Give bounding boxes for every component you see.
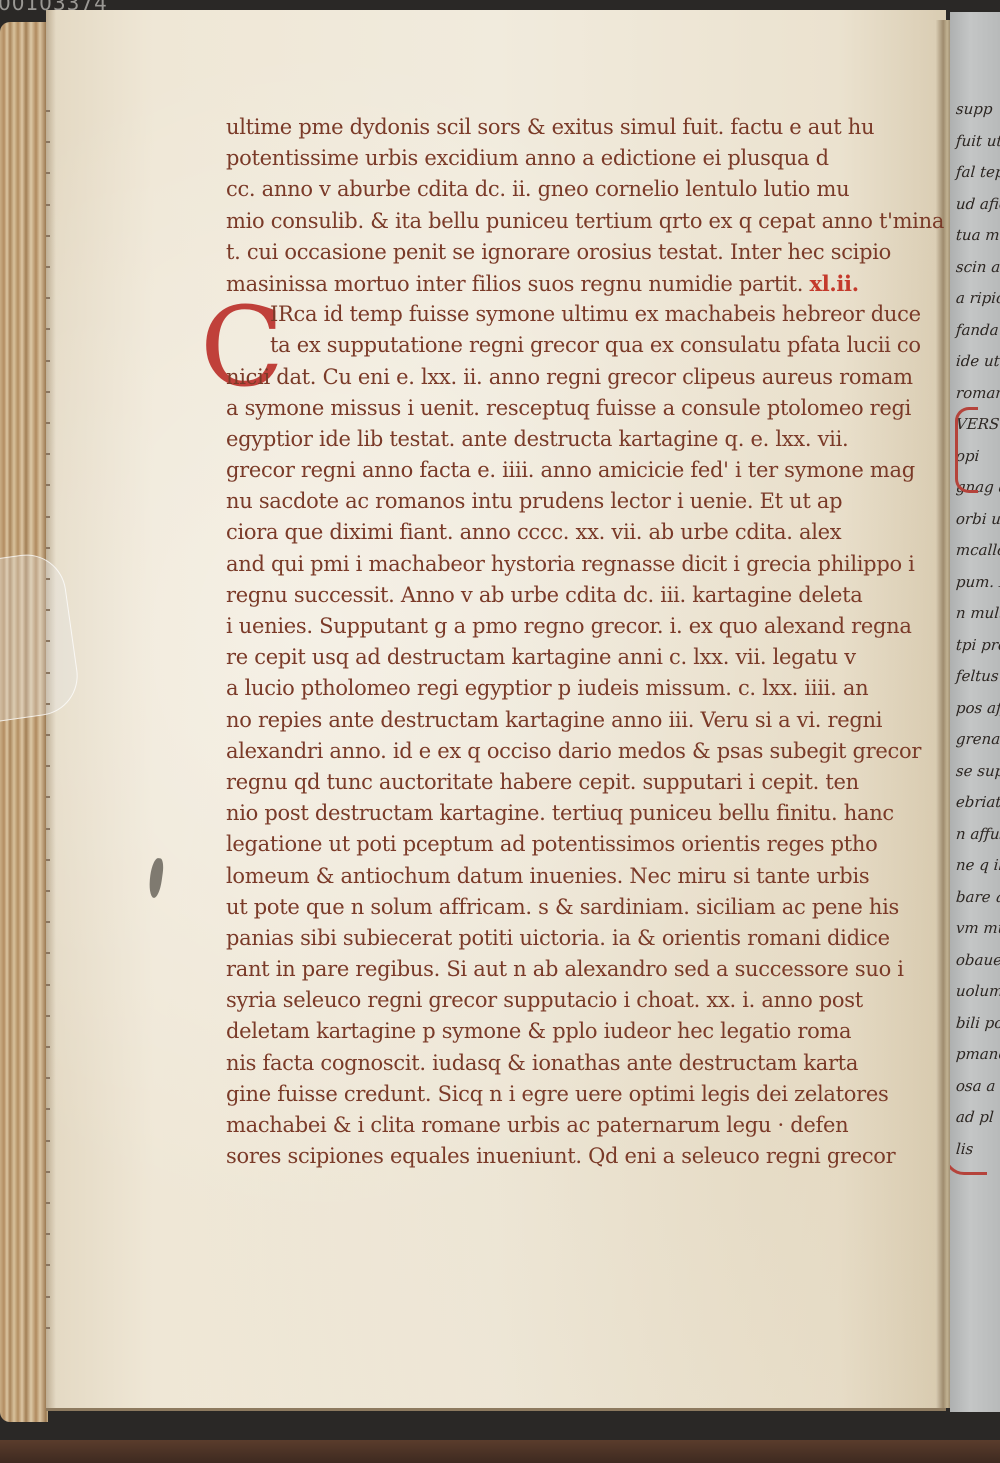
text-line: grecor regni anno facta e. iiii. anno am… [226,455,916,486]
facing-text-fragment: pum. Ian [955,573,1000,591]
pricking-mark [46,235,50,237]
facing-text-fragment: obaues [955,951,1000,969]
chapter-number: xl.ii. [809,271,858,296]
pricking-mark [46,921,50,923]
pricking-mark [46,890,50,892]
facing-text-fragment: scin a [955,258,1000,276]
facing-text-fragment: romanos [955,384,1000,402]
page-edges-stack [0,22,48,1422]
facing-text-fragment: ud afie [955,195,1000,213]
facing-text-fragment: fanda [955,321,999,339]
pricking-mark [46,516,50,518]
text-line: re cepit usq ad destructam kartagine ann… [226,642,916,673]
text-line: ciora que diximi fiant. anno cccc. xx. v… [226,517,916,548]
pricking-mark [46,1140,50,1142]
text-line: panias sibi subiecerat potiti uictoria. … [226,923,916,954]
pricking-mark [46,391,50,393]
pricking-mark [46,141,50,143]
pricking-mark [46,1046,50,1048]
text-line: ut pote que n solum affricam. s & sardin… [226,892,916,923]
pricking-mark [46,328,50,330]
text-line: machabei & i clita romane urbis ac pater… [226,1110,916,1141]
text-line: i uenies. Supputant g a pmo regno grecor… [226,611,916,642]
text-line: potentissime urbis excidium anno a edict… [226,143,916,174]
text-line: nis facta cognoscit. iudasq & ionathas a… [226,1048,916,1079]
text-line: mio consulib. & ita bellu puniceu tertiu… [226,206,916,237]
facing-text-fragment: ide ut fi [955,352,1000,370]
pricking-mark [46,204,50,206]
text-line: IRca id temp fuisse symone ultimu ex mac… [226,299,916,330]
pricking-mark [46,1233,50,1235]
text-line: a lucio ptholomeo regi egyptior p iudeis… [226,673,916,704]
text-line: ta ex supputatione regni grecor qua ex c… [226,330,916,361]
pricking-mark [46,578,50,580]
facing-text-fragment: bili pone [955,1014,1000,1032]
pricking-mark [46,1171,50,1173]
pricking-mark [46,672,50,674]
pricking-mark [46,703,50,705]
pricking-mark [46,859,50,861]
facing-text-fragment: supp [955,100,993,118]
facing-text-fragment: fuit ut [955,132,1000,150]
text-line: and qui pmi i machabeor hystoria regnass… [226,549,916,580]
facing-page: suppfuit utfal tepuud afietua mscin aa r… [950,12,1000,1412]
text-line: deletam kartagine p symone & pplo iudeor… [226,1016,916,1047]
text-line: sores scipiones equales inueniunt. Qd en… [226,1141,916,1172]
facing-text-fragment: grena d [955,730,1000,748]
pricking-mark [46,484,50,486]
pricking-mark [46,1296,50,1298]
pricking-mark [46,1108,50,1110]
pricking-mark [46,453,50,455]
binding-bottom [0,1440,1000,1463]
text-line: syria seleuco regni grecor supputacio i … [226,985,916,1016]
text-line: t. cui occasione penit se ignorare orosi… [226,237,916,268]
facing-red-bracket [950,1062,987,1175]
pricking-mark [46,952,50,954]
pricking-mark [46,1264,50,1266]
facing-text-fragment: tpi pred [955,636,1000,654]
text-line: nio post destructam kartagine. tertiuq p… [226,798,916,829]
pricking-mark [46,796,50,798]
pricking-mark [46,110,50,112]
text-line: masinissa mortuo inter filios suos regnu… [226,268,916,299]
facing-text-fragment: se supa [955,762,1000,780]
pricking-mark [46,765,50,767]
pricking-mark [46,734,50,736]
facing-text-fragment: n affus [955,825,1000,843]
pricking-mark [46,547,50,549]
facing-text-fragment: feltus ru [955,667,1000,685]
facing-text-fragment: fal tepu [955,163,1000,181]
pricking-mark [46,1077,50,1079]
pricking-mark [46,1202,50,1204]
pricking-mark [46,297,50,299]
text-line: legatione ut poti pceptum ad potentissim… [226,829,916,860]
text-line: egyptior ide lib testat. ante destructa … [226,424,916,455]
facing-text-fragment: pmanent [955,1045,1000,1063]
facing-text-fragment: vm mut [955,919,1000,937]
facing-text-fragment: n multo [955,604,1000,622]
text-line: regnu qd tunc auctoritate habere cepit. … [226,767,916,798]
facing-red-initial [955,407,978,493]
pricking-mark [46,828,50,830]
text-line: nicii dat. Cu eni e. lxx. ii. anno regni… [226,362,916,393]
facing-text-fragment: pos affr [955,699,1000,717]
pricking-mark [46,984,50,986]
pricking-mark [46,422,50,424]
text-line: nu sacdote ac romanos intu prudens lecto… [226,486,916,517]
facing-text-fragment: ne q ib [955,856,1000,874]
facing-text-fragment: bare qu [955,888,1000,906]
text-line: gine fuisse credunt. Sicq n i egre uere … [226,1079,916,1110]
pricking-mark [46,609,50,611]
text-line: ultime pme dydonis scil sors & exitus si… [226,112,916,143]
text-line: rant in pare regibus. Si aut n ab alexan… [226,954,916,985]
facing-text-fragment: tua m [955,226,1000,244]
text-line: regnu successit. Anno v ab urbe cdita dc… [226,580,916,611]
text-line-content: masinissa mortuo inter filios suos regnu… [226,272,803,296]
pricking-mark [46,172,50,174]
facing-text-fragment: uolumus [955,982,1000,1000]
facing-text-fragment: orbi uno [955,510,1000,528]
text-line: no repies ante destructam kartagine anno… [226,705,916,736]
text-line: alexandri anno. id e ex q occiso dario m… [226,736,916,767]
text-line: lomeum & antiochum datum inuenies. Nec m… [226,861,916,892]
text-line: a symone missus i uenit. resceptuq fuiss… [226,393,916,424]
facing-text-fragment: a ripio [955,289,1000,307]
facing-text-fragment: ebriata [955,793,1000,811]
text-line: cc. anno v aburbe cdita dc. ii. gneo cor… [226,174,916,205]
pricking-mark [46,266,50,268]
pricking-mark [46,1015,50,1017]
pricking-mark [46,1327,50,1329]
manuscript-text-block: ultime pme dydonis scil sors & exitus si… [226,112,916,1172]
facing-text-fragment: mcallor [955,541,1000,559]
pricking-mark [46,640,50,642]
pricking-mark [46,360,50,362]
